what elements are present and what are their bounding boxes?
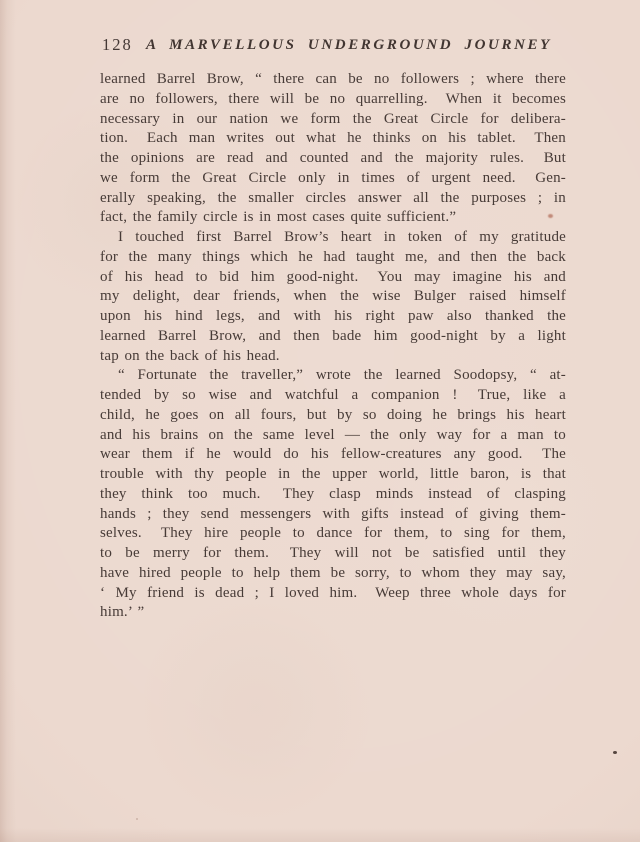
print-speck [136, 818, 138, 820]
text-line: are no followers, there will be no quarr… [100, 90, 566, 110]
text-line: tended by so wise and watchful a compani… [100, 386, 566, 406]
running-head: 128 A MARVELLOUS UNDERGROUND JOURNEY [0, 34, 640, 56]
text-line: fact, the family circle is in most cases… [100, 208, 566, 228]
running-title: A MARVELLOUS UNDERGROUND JOURNEY [146, 37, 552, 54]
text-line: learned Barrel Brow, “ there can be no f… [100, 70, 566, 90]
paragraph: learned Barrel Brow, “ there can be no f… [100, 70, 566, 228]
page-number: 128 [102, 35, 133, 55]
text-line: of his head to bid him good-night. You m… [100, 268, 566, 288]
text-line: upon his hind legs, and with his right p… [100, 307, 566, 327]
text-line: have hired people to help them be sorry,… [100, 564, 566, 584]
text-line: we form the Great Circle only in times o… [100, 169, 566, 189]
page-body: learned Barrel Brow, “ there can be no f… [100, 70, 566, 623]
text-line: wear them if he would do his fellow-crea… [100, 445, 566, 465]
text-line: child, he goes on all fours, but by so d… [100, 406, 566, 426]
text-line: to be merry for them. They will not be s… [100, 544, 566, 564]
text-line: tap on the back of his head. [100, 347, 566, 367]
text-line: “ Fortunate the traveller,” wrote the le… [100, 366, 566, 386]
book-page-scan: 128 A MARVELLOUS UNDERGROUND JOURNEY lea… [0, 0, 640, 842]
text-line: selves. They hire people to dance for th… [100, 524, 566, 544]
text-line: ‘ My friend is dead ; I loved him. Weep … [100, 584, 566, 604]
text-line: they think too much. They clasp minds in… [100, 485, 566, 505]
text-line: him.’ ” [100, 603, 566, 623]
text-line: and his brains on the same level — the o… [100, 426, 566, 446]
paragraph: I touched first Barrel Brow’s heart in t… [100, 228, 566, 366]
print-speck [613, 751, 617, 754]
text-line: erally speaking, the smaller circles ans… [100, 189, 566, 209]
text-line: necessary in our nation we form the Grea… [100, 110, 566, 130]
text-line: I touched first Barrel Brow’s heart in t… [100, 228, 566, 248]
text-line: my delight, dear friends, when the wise … [100, 287, 566, 307]
text-line: learned Barrel Brow, and then bade him g… [100, 327, 566, 347]
text-line: for the many things which he had taught … [100, 248, 566, 268]
text-line: the opinions are read and counted and th… [100, 149, 566, 169]
text-line: tion. Each man writes out what he thinks… [100, 129, 566, 149]
text-line: trouble with thy people in the upper wor… [100, 465, 566, 485]
paragraph: “ Fortunate the traveller,” wrote the le… [100, 366, 566, 623]
text-line: hands ; they send messengers with gifts … [100, 505, 566, 525]
